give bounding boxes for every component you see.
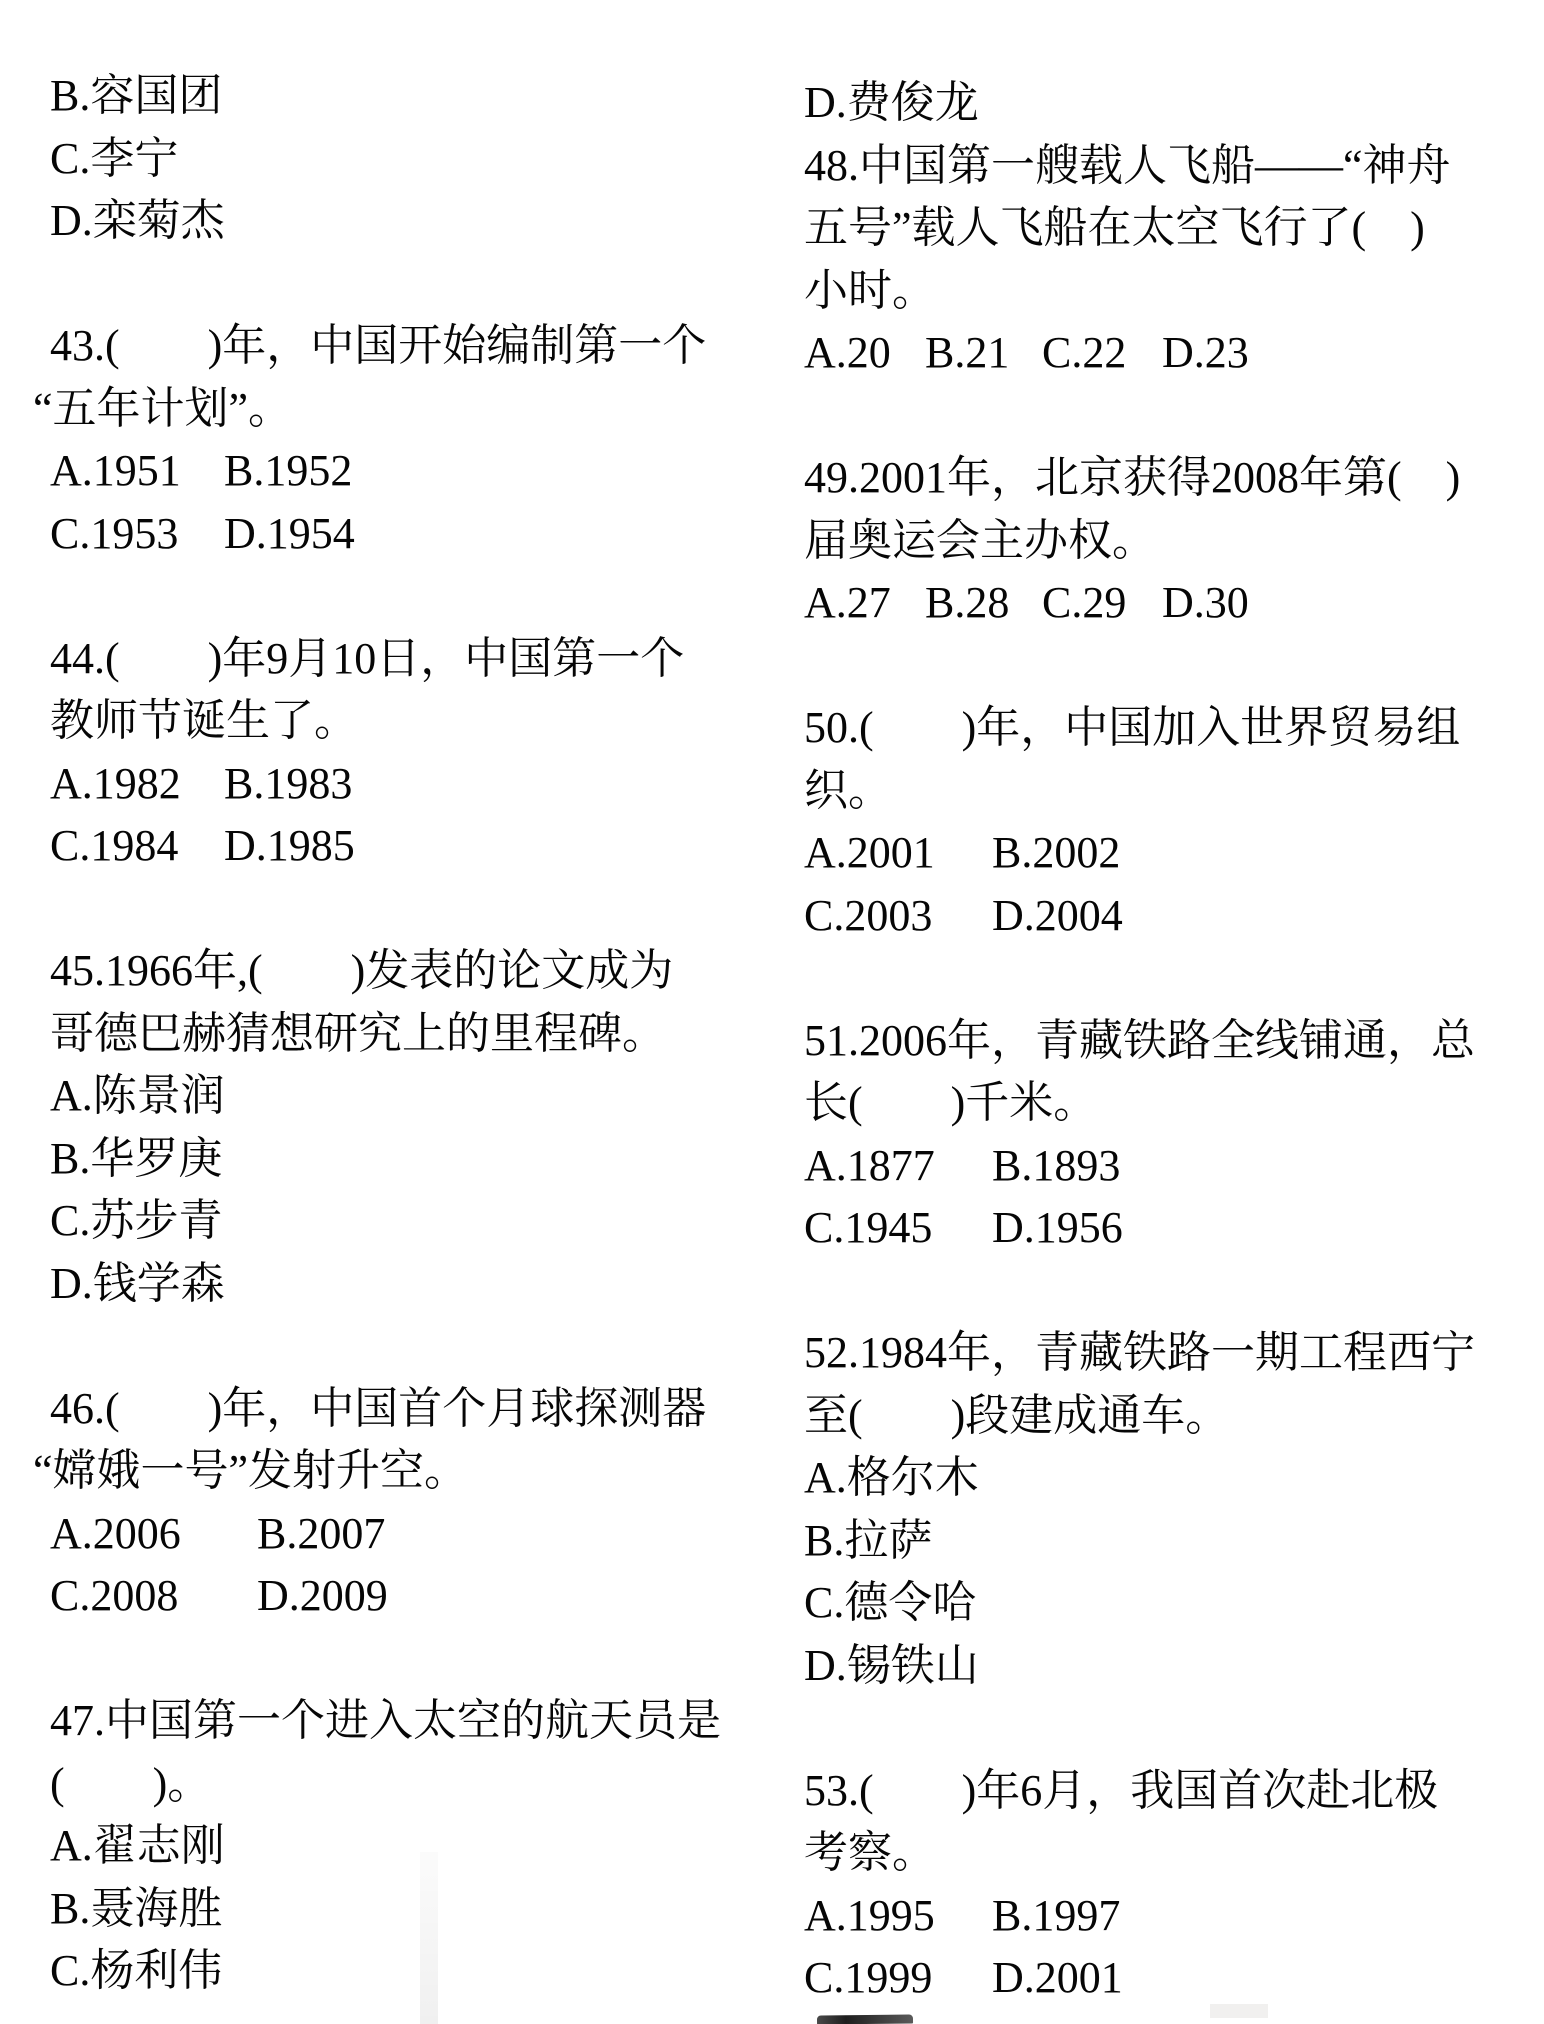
question-42-option-d: D.栾菊杰 xyxy=(50,190,721,253)
question-46-option-d: D.2009 xyxy=(257,1565,388,1628)
question-44-line-1: 44.( )年9月10日，中国第一个 xyxy=(50,628,721,691)
question-50-option-d: D.2004 xyxy=(992,885,1123,948)
question-44-option-c: C.1984 xyxy=(50,815,224,878)
question-48-option-a: A.20 xyxy=(804,322,925,385)
question-47-line-2: ( )。 xyxy=(50,1753,721,1816)
question-44-option-d: D.1985 xyxy=(224,815,355,878)
right-column: D.费俊龙 48.中国第一艘载人飞船——“神舟 五号”载人飞船在太空飞行了( )… xyxy=(804,72,1475,2010)
question-47-option-a: A.翟志刚 xyxy=(50,1815,721,1878)
question-46-options-row-1: A.2006B.2007 xyxy=(50,1503,721,1566)
question-47-option-c: C.杨利伟 xyxy=(50,1940,721,2003)
question-52-line-2: 至( )段建成通车。 xyxy=(804,1385,1475,1448)
question-49-line-2: 届奥运会主办权。 xyxy=(804,510,1475,573)
scan-smudge xyxy=(817,2014,913,2024)
question-50: 50.( )年，中国加入世界贸易组 织。 A.2001B.2002 C.2003… xyxy=(804,697,1475,947)
question-47-option-d-block: D.费俊龙 xyxy=(804,72,1475,135)
question-50-option-c: C.2003 xyxy=(804,885,992,948)
question-52-option-a: A.格尔木 xyxy=(804,1447,1475,1510)
question-45: 45.1966年,( )发表的论文成为 哥德巴赫猜想研究上的里程碑。 A.陈景润… xyxy=(50,940,721,1315)
question-46-options-row-2: C.2008D.2009 xyxy=(50,1565,721,1628)
question-46-option-b: B.2007 xyxy=(257,1503,385,1566)
document-page: B.容国团 C.李宁 D.栾菊杰 43.( )年，中国开始编制第一个 “五年计划… xyxy=(0,0,1544,2024)
scan-shadow-band xyxy=(420,1852,438,2024)
question-47: 47.中国第一个进入太空的航天员是 ( )。 A.翟志刚 B.聂海胜 C.杨利伟 xyxy=(50,1690,721,2003)
question-52: 52.1984年，青藏铁路一期工程西宁 至( )段建成通车。 A.格尔木 B.拉… xyxy=(804,1322,1475,1697)
question-53-option-b: B.1997 xyxy=(992,1885,1120,1948)
question-51-options-row-1: A.1877B.1893 xyxy=(804,1135,1475,1198)
question-50-option-b: B.2002 xyxy=(992,822,1120,885)
question-48-line-1: 48.中国第一艘载人飞船——“神舟 xyxy=(804,135,1475,198)
question-45-option-b: B.华罗庚 xyxy=(50,1128,721,1191)
question-52-option-d: D.锡铁山 xyxy=(804,1635,1475,1698)
question-49-option-b: B.28 xyxy=(925,572,1042,635)
question-46-line-1: 46.( )年，中国首个月球探测器 xyxy=(50,1378,721,1441)
question-47-line-1: 47.中国第一个进入太空的航天员是 xyxy=(50,1690,721,1753)
question-42-options: B.容国团 C.李宁 D.栾菊杰 xyxy=(50,65,721,253)
question-50-options-row-1: A.2001B.2002 xyxy=(804,822,1475,885)
question-43-options-row-2: C.1953D.1954 xyxy=(50,503,721,566)
question-44-line-2: 教师节诞生了。 xyxy=(50,690,721,753)
question-53-options-row-1: A.1995B.1997 xyxy=(804,1885,1475,1948)
question-53-line-2: 考察。 xyxy=(804,1822,1475,1885)
question-49-options-row: A.27B.28C.29D.30 xyxy=(804,572,1475,635)
question-48-option-c: C.22 xyxy=(1042,322,1162,385)
scan-shadow-spot xyxy=(1210,2004,1268,2018)
question-43-line-2: “五年计划”。 xyxy=(33,378,721,441)
question-48-option-b: B.21 xyxy=(925,322,1042,385)
question-53-option-a: A.1995 xyxy=(804,1885,992,1948)
question-44-option-a: A.1982 xyxy=(50,753,224,816)
question-42-option-c: C.李宁 xyxy=(50,128,721,191)
question-52-line-1: 52.1984年，青藏铁路一期工程西宁 xyxy=(804,1322,1475,1385)
question-48: 48.中国第一艘载人飞船——“神舟 五号”载人飞船在太空飞行了( ) 小时。 A… xyxy=(804,135,1475,385)
question-49-option-a: A.27 xyxy=(804,572,925,635)
question-48-line-2: 五号”载人飞船在太空飞行了( ) xyxy=(804,197,1475,260)
question-50-option-a: A.2001 xyxy=(804,822,992,885)
question-44-option-b: B.1983 xyxy=(224,753,352,816)
question-45-line-1: 45.1966年,( )发表的论文成为 xyxy=(50,940,721,1003)
question-46-line-2: “嫦娥一号”发射升空。 xyxy=(33,1440,721,1503)
question-43-options-row-1: A.1951B.1952 xyxy=(50,440,721,503)
question-44: 44.( )年9月10日，中国第一个 教师节诞生了。 A.1982B.1983 … xyxy=(50,628,721,878)
question-45-line-2: 哥德巴赫猜想研究上的里程碑。 xyxy=(50,1003,721,1066)
question-53-options-row-2: C.1999D.2001 xyxy=(804,1947,1475,2010)
question-45-option-d: D.钱学森 xyxy=(50,1253,721,1316)
question-43-option-c: C.1953 xyxy=(50,503,224,566)
question-51-line-2: 长( )千米。 xyxy=(804,1072,1475,1135)
question-43-option-d: D.1954 xyxy=(224,503,355,566)
question-51-option-c: C.1945 xyxy=(804,1197,992,1260)
question-50-line-2: 织。 xyxy=(804,760,1475,823)
question-44-options-row-2: C.1984D.1985 xyxy=(50,815,721,878)
question-52-option-b: B.拉萨 xyxy=(804,1510,1475,1573)
question-48-options-row: A.20B.21C.22D.23 xyxy=(804,322,1475,385)
question-49-option-d: D.30 xyxy=(1162,572,1249,635)
question-50-options-row-2: C.2003D.2004 xyxy=(804,885,1475,948)
question-53-option-c: C.1999 xyxy=(804,1947,992,2010)
question-46-option-c: C.2008 xyxy=(50,1565,257,1628)
question-43-line-1: 43.( )年，中国开始编制第一个 xyxy=(50,315,721,378)
question-47-option-d: D.费俊龙 xyxy=(804,72,1475,135)
question-53: 53.( )年6月，我国首次赴北极 考察。 A.1995B.1997 C.199… xyxy=(804,1760,1475,2010)
question-49: 49.2001年，北京获得2008年第( ) 届奥运会主办权。 A.27B.28… xyxy=(804,447,1475,635)
question-43: 43.( )年，中国开始编制第一个 “五年计划”。 A.1951B.1952 C… xyxy=(50,315,721,565)
question-45-option-c: C.苏步青 xyxy=(50,1190,721,1253)
question-52-option-c: C.德令哈 xyxy=(804,1572,1475,1635)
question-48-line-3: 小时。 xyxy=(804,260,1475,323)
question-51-line-1: 51.2006年，青藏铁路全线铺通，总 xyxy=(804,1010,1475,1073)
question-45-option-a: A.陈景润 xyxy=(50,1065,721,1128)
left-column: B.容国团 C.李宁 D.栾菊杰 43.( )年，中国开始编制第一个 “五年计划… xyxy=(50,65,721,2003)
question-47-option-b: B.聂海胜 xyxy=(50,1878,721,1941)
question-43-option-b: B.1952 xyxy=(224,440,352,503)
question-49-option-c: C.29 xyxy=(1042,572,1162,635)
question-53-line-1: 53.( )年6月，我国首次赴北极 xyxy=(804,1760,1475,1823)
question-42-option-b: B.容国团 xyxy=(50,65,721,128)
question-51-option-a: A.1877 xyxy=(804,1135,992,1198)
question-46-option-a: A.2006 xyxy=(50,1503,257,1566)
question-53-option-d: D.2001 xyxy=(992,1947,1123,2010)
question-51-option-d: D.1956 xyxy=(992,1197,1123,1260)
question-51: 51.2006年，青藏铁路全线铺通，总 长( )千米。 A.1877B.1893… xyxy=(804,1010,1475,1260)
question-44-options-row-1: A.1982B.1983 xyxy=(50,753,721,816)
question-49-line-1: 49.2001年，北京获得2008年第( ) xyxy=(804,447,1475,510)
question-43-option-a: A.1951 xyxy=(50,440,224,503)
question-50-line-1: 50.( )年，中国加入世界贸易组 xyxy=(804,697,1475,760)
question-46: 46.( )年，中国首个月球探测器 “嫦娥一号”发射升空。 A.2006B.20… xyxy=(50,1378,721,1628)
question-48-option-d: D.23 xyxy=(1162,322,1249,385)
question-51-options-row-2: C.1945D.1956 xyxy=(804,1197,1475,1260)
question-51-option-b: B.1893 xyxy=(992,1135,1120,1198)
